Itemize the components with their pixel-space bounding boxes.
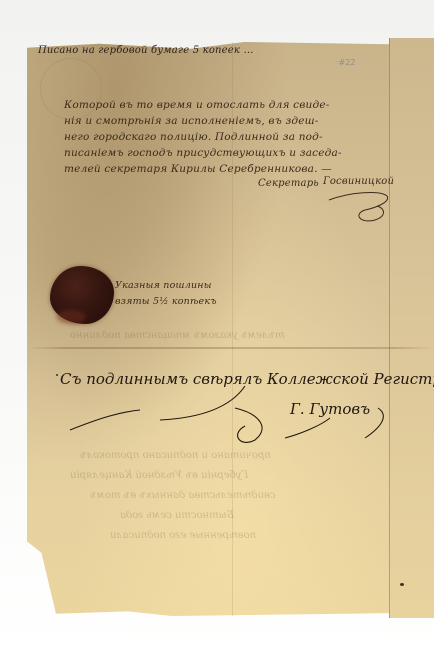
secretary-name: Госвиницкой — [323, 176, 394, 187]
bleed-through-text: Бытности семь года — [120, 510, 234, 521]
adjacent-folded-page — [389, 38, 434, 618]
bleed-through-text: свидѣтельства данныхъ въ томъ — [90, 490, 276, 501]
ink-spot — [400, 583, 404, 586]
body-line-5: телей секретаря Кирилы Серебренникова. — — [64, 163, 332, 175]
seal-note-line-1: Указныя пошлины — [115, 280, 212, 291]
secretary-title: Секретарь — [258, 178, 319, 189]
scanned-document-photo: Писано на гербовой бумаге 5 копеек … ·#2… — [0, 0, 434, 650]
ink-spot — [56, 374, 58, 376]
header-line: Писано на гербовой бумаге 5 копеек … — [38, 45, 254, 56]
bleed-through-text: тълемъ указомъ мѣщанства подлинно — [70, 330, 284, 341]
body-line-1: Которой въ то время и отослать для свиде… — [64, 99, 330, 111]
seal-note-line-2: взяты 5½ копѣекъ — [115, 296, 217, 307]
wax-seal — [50, 266, 114, 324]
body-line-3: него городскаго полицію. Подлинной за по… — [64, 131, 323, 143]
final-signature-flourish — [60, 368, 400, 448]
bleed-through-text: прочитано и подписано протоколъ — [80, 450, 271, 461]
blue-archive-mark: ·#22 — [336, 58, 355, 67]
secretary-flourish — [325, 188, 395, 228]
bleed-through-text: Губерніи въ Уѣздной Канцеляріи — [70, 470, 248, 481]
horizontal-fold-crease — [27, 347, 434, 349]
bleed-through-text: повѣренные его подписали — [110, 530, 256, 541]
body-line-2: нія и смотрѣнія за исполненіемъ, въ здеш… — [64, 115, 319, 127]
body-line-4: писаніемъ господъ присудствующихъ и засе… — [64, 147, 342, 159]
